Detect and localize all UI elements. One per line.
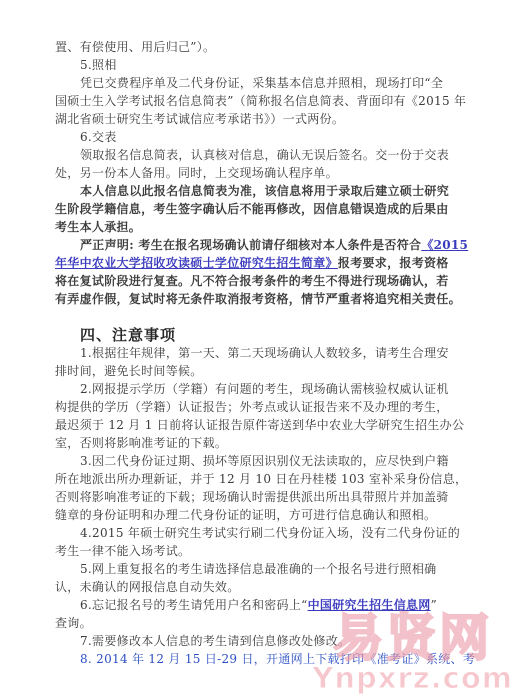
- text-segment: 否则将影响准考证的下载；现场确认时需提供派出所出具带照片并加盖骑: [55, 490, 449, 504]
- document-line: 领取报名信息简表，认真核对信息，确认无误后签名。交一份于交表: [55, 146, 462, 164]
- document-line: 湖北省硕士研究生考试诚信应考承诺书》）一式两份。: [55, 110, 462, 128]
- text-segment: 严正声明: 考生在报名现场确认前请仔细核对本人条件是否符合: [80, 238, 421, 252]
- text-segment: 最迟须于 12 月 1 日前将认证报告原件寄送到华中农业大学研究生招生办公: [55, 418, 464, 432]
- text-segment: 2.网报提示学历（学籍）有问题的考生，现场确认需核验权威认证机: [80, 382, 449, 396]
- text-segment: 生阶段学籍信息，考生签字确认后不能再修改，因信息错误造成的后果由: [55, 202, 449, 216]
- document-line: 5.网上重复报名的考生请选择信息最准确的一个报名号进行照相确: [55, 560, 462, 578]
- text-segment: ”: [431, 598, 437, 612]
- text-segment: 认，未确认的网报信息自动失效。: [55, 580, 240, 594]
- text-segment: 置、有偿使用、用后归己”）。: [55, 40, 215, 54]
- document-line: 考生本人承担。: [55, 218, 462, 236]
- document-line: 缝章的身份证明和办理二代身份证的证明，方可进行信息确认和照相。: [55, 506, 462, 524]
- document-line: 本人信息以此报名信息简表为准，该信息将用于录取后建立硕士研究: [55, 182, 462, 200]
- text-segment: 凭已交费程序单及二代身份证，采集基本信息并照相，现场打印“全: [80, 76, 443, 90]
- document-line: 构提供的学历（学籍）认证报告；外考点或认证报告来不及办理的考生，: [55, 398, 462, 416]
- document-line: 国硕士生入学考试报名信息简表”（简称报名信息简表、背面印有《2015 年: [55, 92, 462, 110]
- text-segment: 构提供的学历（学籍）认证报告；外考点或认证报告来不及办理的考生，: [55, 400, 449, 414]
- document-line: 严正声明: 考生在报名现场确认前请仔细核对本人条件是否符合《2015: [55, 236, 462, 254]
- text-segment: 所在地派出所办理新证，并于 12 月 10 日在丹桂楼 103 室补采身份信息，: [55, 472, 467, 486]
- text-segment: 3.因二代身份证过期、损坏等原因识别仪无法读取的，应尽快到户籍: [80, 454, 449, 468]
- inline-link[interactable]: 年华中农业大学招收攻读硕士学位研究生招生简章》: [55, 256, 338, 270]
- document-line: 5.照相: [55, 56, 462, 74]
- text-segment: 本人信息以此报名信息简表为准，该信息将用于录取后建立硕士研究: [80, 184, 449, 198]
- text-segment: 5.照相: [80, 58, 117, 72]
- text-segment: 1.根据往年规律，第一天、第二天现场确认人数较多，请考生合理安: [80, 346, 449, 360]
- document-line: 排时间，避免长时间等候。: [55, 362, 462, 380]
- document-line: 查询。: [55, 614, 462, 632]
- text-segment: 4.2015 年硕士研究生考试实行刷二代身份证入场，没有二代身份证的: [80, 526, 460, 540]
- inline-link[interactable]: 《2015: [421, 238, 468, 252]
- text-segment: 将在复试阶段进行复查。凡不符合报考条件的考生不得进行现场确认，若: [55, 274, 449, 288]
- text-segment: 6.交表: [80, 130, 117, 144]
- document-line: 将在复试阶段进行复查。凡不符合报考条件的考生不得进行现场确认，若: [55, 272, 462, 290]
- document-line: 生阶段学籍信息，考生签字确认后不能再修改，因信息错误造成的后果由: [55, 200, 462, 218]
- document-line: 室，否则将影响准考证的下载。: [55, 434, 462, 452]
- document-line: 否则将影响准考证的下载；现场确认时需提供派出所出具带照片并加盖骑: [55, 488, 462, 506]
- document-line: 2.网报提示学历（学籍）有问题的考生，现场确认需核验权威认证机: [55, 380, 462, 398]
- text-segment: 考生本人承担。: [55, 220, 141, 234]
- document-line: 1.根据往年规律，第一天、第二天现场确认人数较多，请考生合理安: [55, 344, 462, 362]
- text-segment: 缝章的身份证明和办理二代身份证的证明，方可进行信息确认和照相。: [55, 508, 436, 522]
- text-segment: 室，否则将影响准考证的下载。: [55, 436, 227, 450]
- document-line: 年华中农业大学招收攻读硕士学位研究生招生简章》报考要求，报考资格: [55, 254, 462, 272]
- document-line: 最迟须于 12 月 1 日前将认证报告原件寄送到华中农业大学研究生招生办公: [55, 416, 462, 434]
- text-segment: 湖北省硕士研究生考试诚信应考承诺书》）一式两份。: [55, 112, 344, 126]
- text-segment: 处，另一份本人备用。同时，上交现场确认程序单。: [55, 166, 338, 180]
- text-segment: 5.网上重复报名的考生请选择信息最准确的一个报名号进行照相确: [80, 562, 436, 576]
- section-heading: 四、注意事项: [55, 326, 462, 344]
- document-line: 6.交表: [55, 128, 462, 146]
- document-line: 所在地派出所办理新证，并于 12 月 10 日在丹桂楼 103 室补采身份信息，: [55, 470, 462, 488]
- document-line: 3.因二代身份证过期、损坏等原因识别仪无法读取的，应尽快到户籍: [55, 452, 462, 470]
- text-segment: 国硕士生入学考试报名信息简表”（简称报名信息简表、背面印有《2015 年: [55, 94, 466, 108]
- document-line: 凭已交费程序单及二代身份证，采集基本信息并照相，现场打印“全: [55, 74, 462, 92]
- text-segment: 排时间，避免长时间等候。: [55, 364, 203, 378]
- document-body: 置、有偿使用、用后归己”）。5.照相凭已交费程序单及二代身份证，采集基本信息并照…: [55, 38, 462, 668]
- document-line: 考生一律不能入场考试。: [55, 542, 462, 560]
- inline-link[interactable]: 中国研究生招生信息网: [308, 598, 431, 612]
- document-line: 处，另一份本人备用。同时，上交现场确认程序单。: [55, 164, 462, 182]
- document-page: 置、有偿使用、用后归己”）。5.照相凭已交费程序单及二代身份证，采集基本信息并照…: [0, 0, 515, 699]
- document-line: 4.2015 年硕士研究生考试实行刷二代身份证入场，没有二代身份证的: [55, 524, 462, 542]
- blank-line: [55, 308, 462, 326]
- document-line: 6.忘记报名号的考生请凭用户名和密码上“中国研究生招生信息网”: [55, 596, 462, 614]
- text-segment: 8. 2014 年 12 月 15 日-29 日，开通网上下载打印《准考证》系统…: [80, 652, 475, 666]
- document-line: 置、有偿使用、用后归己”）。: [55, 38, 462, 56]
- text-segment: 考生一律不能入场考试。: [55, 544, 190, 558]
- text-segment: 四、注意事项: [80, 326, 176, 344]
- text-segment: 6.忘记报名号的考生请凭用户名和密码上“: [80, 598, 308, 612]
- document-line: 7.需要修改本人信息的考生请到信息修改处修改。: [55, 632, 462, 650]
- text-segment: 领取报名信息简表，认真核对信息，确认无误后签名。交一份于交表: [80, 148, 449, 162]
- text-segment: 有弄虚作假，复试时将无条件取消报考资格，情节严重者将追究相关责任。: [55, 292, 461, 306]
- text-segment: 7.需要修改本人信息的考生请到信息修改处修改。: [80, 634, 350, 648]
- text-segment: 查询。: [55, 616, 92, 630]
- document-line: 8. 2014 年 12 月 15 日-29 日，开通网上下载打印《准考证》系统…: [55, 650, 462, 668]
- document-line: 认，未确认的网报信息自动失效。: [55, 578, 462, 596]
- document-line: 有弄虚作假，复试时将无条件取消报考资格，情节严重者将追究相关责任。: [55, 290, 462, 308]
- text-segment: 报考要求，报考资格: [338, 256, 449, 270]
